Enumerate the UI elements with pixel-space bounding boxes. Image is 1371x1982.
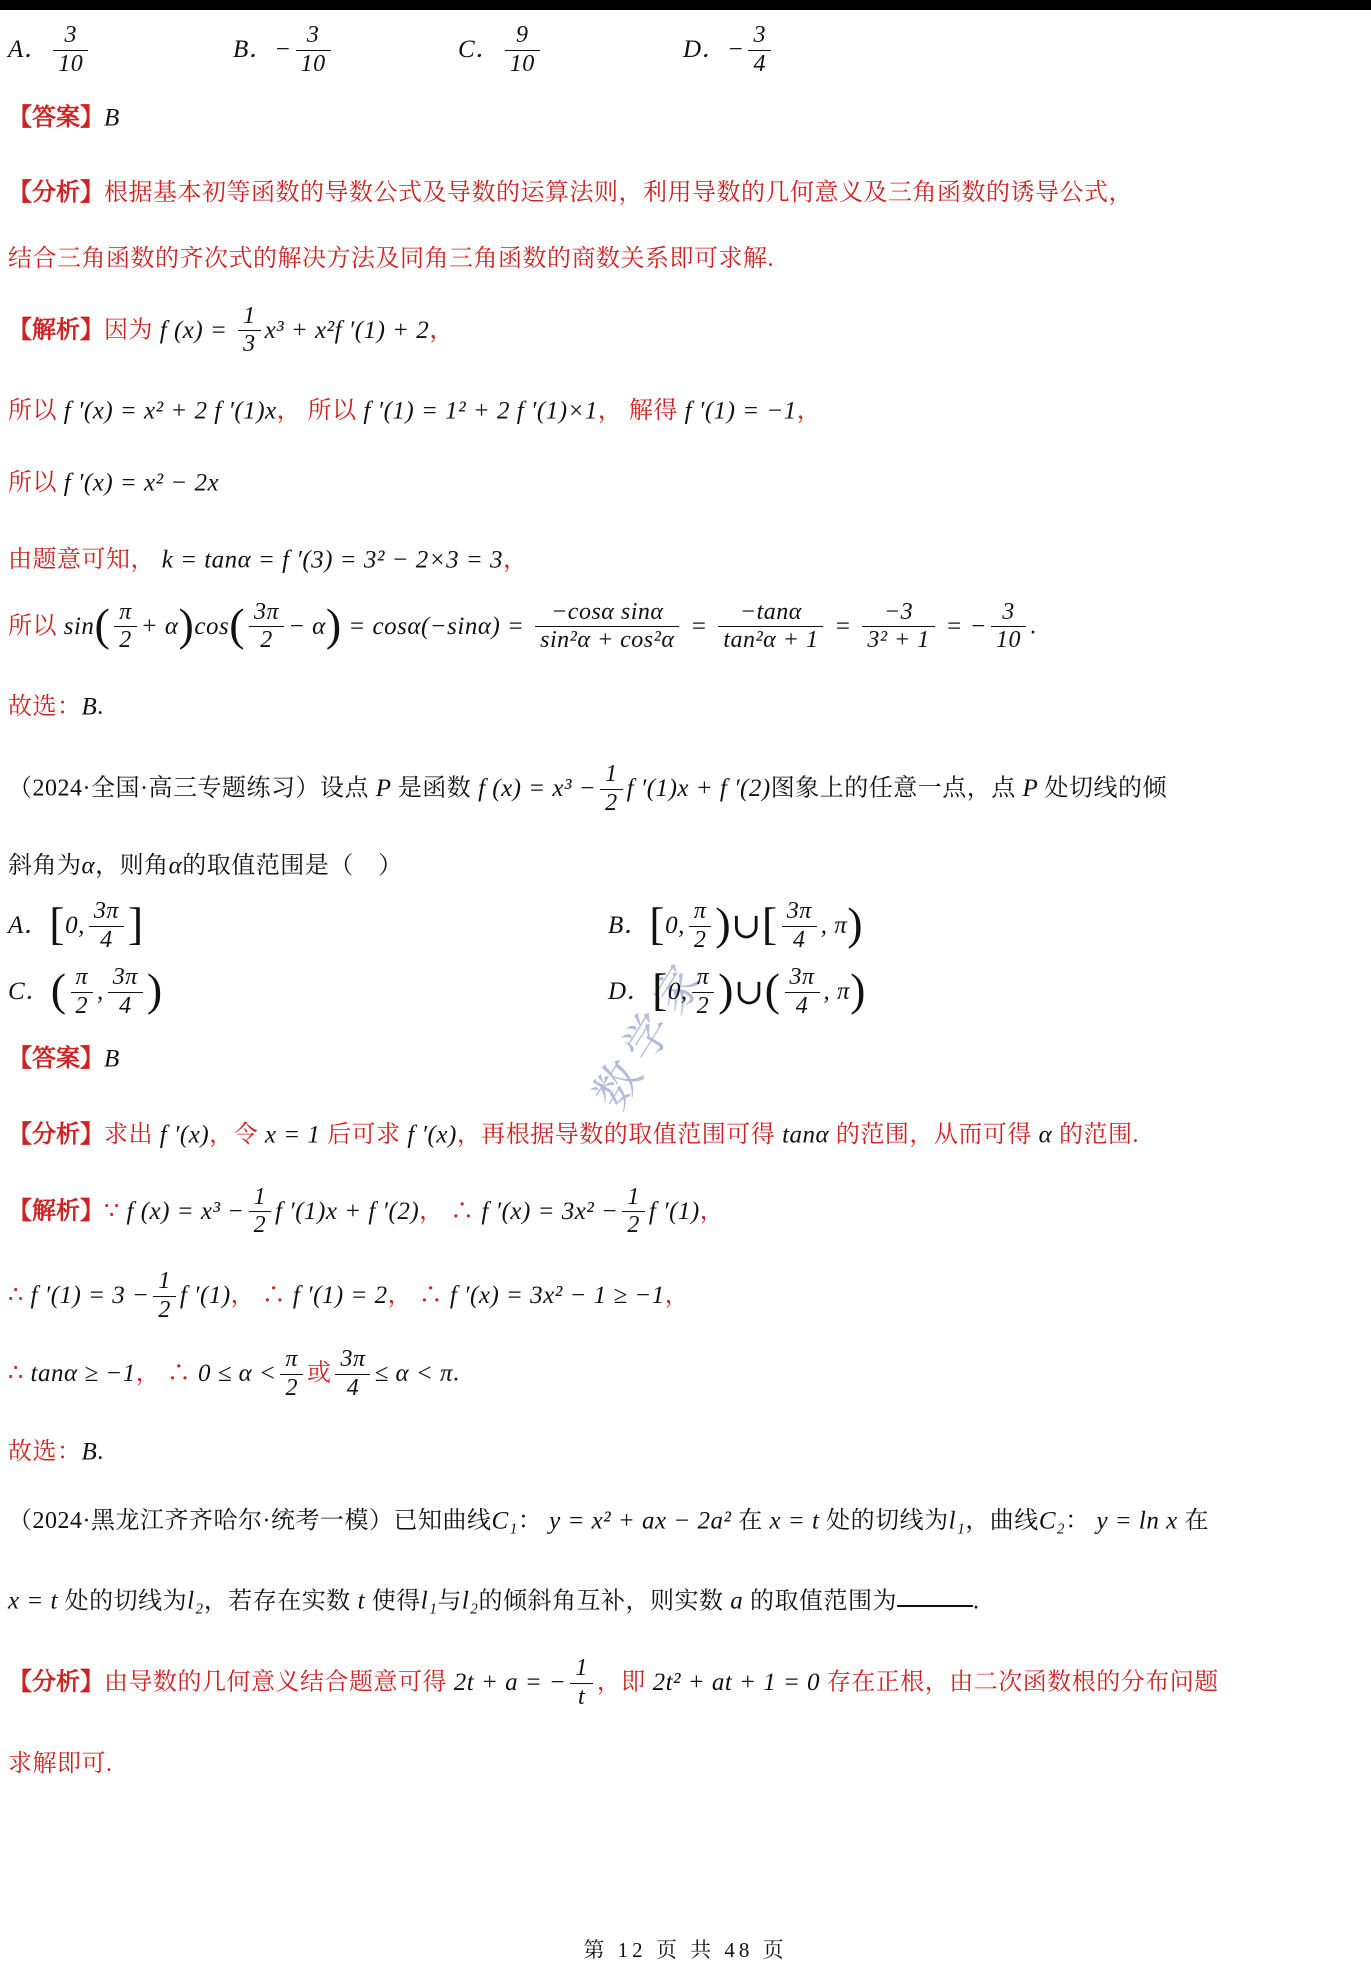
text-run: f (x) = x³ − <box>471 775 596 802</box>
text-run: B <box>82 1439 98 1466</box>
text-run: 所以 <box>8 613 57 639</box>
option-c-2: C．(π2,3π4) <box>8 964 608 1020</box>
text-run: A． <box>8 912 49 939</box>
union-symbol: ∪ <box>731 906 762 946</box>
text-run: 解得 <box>629 398 678 424</box>
text-run: 后可求 <box>327 1122 401 1148</box>
fraction: 3π4 <box>782 898 817 954</box>
text-run: α <box>82 852 96 879</box>
fraction-denominator: 2 <box>71 992 94 1021</box>
answer-1: 【答案】B <box>8 100 1371 137</box>
fraction-denominator: 3 <box>238 330 261 359</box>
text-run: B． <box>233 36 274 63</box>
option-d-2: D．[0,π2)∪(3π4, π) <box>608 964 1228 1020</box>
text-run: B． <box>608 912 649 939</box>
big-bracket: ) <box>715 898 731 949</box>
fraction-numerator: 3π <box>108 964 143 992</box>
text-run: ≤ α < π <box>374 1360 453 1387</box>
fraction: π2 <box>71 964 94 1020</box>
text-run: 存在正根，由二次函数根的分布问题 <box>827 1670 1219 1696</box>
problem-2-line-1: （2024·全国·高三专题练习）设点 P 是函数 f (x) = x³ −12f… <box>8 761 1371 817</box>
fraction: π2 <box>689 898 712 954</box>
fraction-denominator: 4 <box>335 1374 370 1403</box>
text-run: P <box>369 775 398 802</box>
fraction-numerator: 1 <box>622 1184 645 1212</box>
text-run: C₁ <box>491 1507 517 1534</box>
fraction: 3π2 <box>249 599 284 655</box>
text-run: ，即 <box>597 1670 646 1696</box>
text-run: ， ∴ <box>136 1361 192 1387</box>
text-run: 是函数 <box>398 776 472 802</box>
fraction-numerator: 3π <box>335 1346 370 1374</box>
text-run: tanα <box>775 1122 836 1149</box>
fraction: 3π4 <box>108 964 143 1020</box>
solution-2-line-3: ∴ tanα ≥ −1， ∴ 0 ≤ α <π2或3π4≤ α < π. <box>8 1346 1371 1402</box>
text-run: ， ∴ <box>388 1283 444 1309</box>
fraction-numerator: 3 <box>748 22 771 50</box>
text-run: l₁ <box>421 1587 438 1614</box>
fraction-denominator: 2 <box>689 926 712 955</box>
fraction-denominator: 4 <box>89 926 124 955</box>
option-c-1: C．910 <box>458 22 683 78</box>
text-run: D． <box>608 978 652 1005</box>
text-run: ， <box>598 398 629 424</box>
text-run: ∵ <box>104 1198 120 1224</box>
fraction: 12 <box>153 1268 176 1324</box>
big-bracket: ) <box>179 599 195 650</box>
fraction-numerator: 9 <box>505 22 540 50</box>
text-run: f ′(1) <box>180 1282 231 1309</box>
text-run: 的范围. <box>1059 1122 1139 1148</box>
fraction-numerator: −cosα sinα <box>535 599 679 627</box>
text-run: x = 1 <box>258 1122 327 1149</box>
text-run: 由题意可知， <box>8 547 155 573</box>
fraction-numerator: π <box>692 964 715 992</box>
fraction: 910 <box>505 22 540 78</box>
choose-2: 故选：B. <box>8 1434 1371 1471</box>
text-run: l₂ <box>462 1587 479 1614</box>
fraction-denominator: 10 <box>505 50 540 79</box>
text-run: ，则角 <box>95 853 169 879</box>
text-run: ， ∴ <box>419 1198 475 1224</box>
fraction-numerator: π <box>71 964 94 992</box>
text-run: ∴ <box>8 1361 24 1387</box>
text-run: sin <box>57 613 94 640</box>
text-run: ，若存在实数 <box>204 1588 351 1614</box>
option-b-2: B．[0,π2)∪[3π4, π) <box>608 898 1228 954</box>
fraction-denominator: 2 <box>249 626 284 655</box>
analysis-3-line-1: 【分析】由导数的几何意义结合题意可得 2t + a = −1t，即 2t² + … <box>8 1655 1371 1711</box>
answer-2: 【答案】B <box>8 1041 1371 1078</box>
text-run: 所以 <box>308 398 357 424</box>
text-run: x = t <box>763 1507 826 1534</box>
top-black-bar <box>0 0 1371 10</box>
text-run: B <box>104 1045 120 1072</box>
fraction-numerator: 3π <box>782 898 817 926</box>
text-run: 【分析】 <box>8 1122 104 1148</box>
fraction-numerator: 3π <box>249 599 284 627</box>
solution-2-line-2: ∴ f ′(1) = 3 −12f ′(1)， ∴ f ′(1) = 2， ∴ … <box>8 1268 1371 1324</box>
text-run: = cosα(−sinα) = <box>342 613 532 640</box>
big-bracket: ) <box>847 898 863 949</box>
blank-underline <box>897 1580 973 1607</box>
fraction: 13 <box>238 303 261 359</box>
text-run: f ′(x) <box>401 1122 457 1149</box>
fraction: 310 <box>296 22 331 78</box>
text-run: cos <box>194 613 229 640</box>
text-run: C₂ <box>1039 1507 1065 1534</box>
text-run: 结合三角函数的齐次式的解决方法及同角三角函数的商数关系即可求解. <box>8 246 774 272</box>
text-run: 0, <box>65 912 85 939</box>
text-run: . <box>1030 613 1037 639</box>
text-run: y = ln x <box>1090 1507 1185 1534</box>
option-d-1: D．−34 <box>683 22 908 78</box>
fraction-numerator: 1 <box>600 761 623 789</box>
text-run: 处的切线为 <box>826 1508 949 1534</box>
text-run: x³ + x²f ′(1) + 2 <box>265 317 430 344</box>
text-run: α <box>169 852 183 879</box>
text-run: x = t <box>8 1587 65 1614</box>
text-run: 0, <box>665 912 685 939</box>
text-run: B <box>104 105 120 132</box>
solution-1-line-3: 所以 f ′(x) = x² − 2x <box>8 465 1371 502</box>
text-run: 2t + a = − <box>447 1669 566 1696</box>
text-run: α <box>1032 1122 1059 1149</box>
text-run: 【分析】 <box>8 1670 104 1696</box>
big-bracket: ) <box>147 964 163 1015</box>
big-bracket: [ <box>49 898 65 949</box>
big-bracket: ( <box>94 599 110 650</box>
text-run: = <box>827 613 858 640</box>
fraction-denominator: 4 <box>108 992 143 1021</box>
fraction-denominator: 10 <box>991 626 1026 655</box>
text-run: 图象上的任意一点，点 <box>771 776 1016 802</box>
text-run: 所以 <box>8 398 57 424</box>
fraction-denominator: 4 <box>782 926 817 955</box>
fraction: 3π4 <box>89 898 124 954</box>
page-footer: 第 12 页 共 48 页 <box>0 1934 1371 1964</box>
fraction-denominator: 2 <box>280 1374 303 1403</box>
text-run: （2024·全国·高三专题练习）设点 <box>8 776 369 802</box>
analysis-3-line-2: 求解即可. <box>8 1746 1371 1782</box>
text-run: f ′(1) <box>649 1198 700 1225</box>
text-run: 斜角为 <box>8 853 82 879</box>
text-run: 故选： <box>8 694 82 720</box>
analysis-1-line-1: 【分析】根据基本初等函数的导数公式及导数的运算法则，利用导数的几何意义及三角函数… <box>8 175 1371 211</box>
fraction: 3π4 <box>785 964 820 1020</box>
text-run: 处的切线为 <box>65 1588 188 1614</box>
big-bracket: ( <box>765 964 781 1015</box>
text-run: 故选： <box>8 1439 82 1465</box>
text-run: （2024·黑龙江齐齐哈尔·统考一模）已知曲线 <box>8 1508 491 1534</box>
text-run: ， <box>797 398 822 424</box>
fraction-numerator: −tanα <box>718 599 823 627</box>
fraction-denominator: 2 <box>692 992 715 1021</box>
text-run: y = x² + ax − 2a² <box>542 1507 738 1534</box>
text-run: 求解即可. <box>8 1751 113 1777</box>
text-run: − α <box>288 613 326 640</box>
text-run: 因为 <box>104 317 153 343</box>
text-run: 【解析】 <box>8 317 104 343</box>
analysis-1-line-2: 结合三角函数的齐次式的解决方法及同角三角函数的商数关系即可求解. <box>8 241 1371 277</box>
text-run: 的范围，从而可得 <box>836 1122 1032 1148</box>
problem-3-line-1: （2024·黑龙江齐齐哈尔·统考一模）已知曲线C₁： y = x² + ax −… <box>8 1503 1371 1540</box>
text-run: = <box>683 613 714 640</box>
text-run: 处切线的倾 <box>1045 776 1168 802</box>
fraction: π2 <box>114 599 137 655</box>
big-bracket: ( <box>51 964 67 1015</box>
document-body: A．310B．−310C．910D．−34【答案】B【分析】根据基本初等函数的导… <box>0 10 1371 1781</box>
text-run: B <box>82 693 98 720</box>
option-a-2: A．[0,3π4] <box>8 898 608 954</box>
choose-1: 故选：B. <box>8 689 1371 726</box>
problem-3-line-2: x = t 处的切线为l₂，若存在实数 t 使得l₁与l₂的倾斜角互补，则实数 … <box>8 1580 1371 1620</box>
text-run: 所以 <box>8 470 57 496</box>
text-run: f (x) = <box>153 317 234 344</box>
text-run: ， <box>700 1198 725 1224</box>
fraction: 3π4 <box>335 1346 370 1402</box>
text-run: f ′(1) = 3 − <box>24 1282 150 1309</box>
text-run: + α <box>141 613 179 640</box>
fraction-denominator: tan²α + 1 <box>718 626 823 655</box>
option-row-2b: C．(π2,3π4)D．[0,π2)∪(3π4, π) <box>8 964 1371 1020</box>
fraction-denominator: sin²α + cos²α <box>535 626 679 655</box>
text-run: f ′(x) = 3x² − 1 ≥ −1 <box>443 1282 665 1309</box>
text-run: − <box>727 36 744 63</box>
option-row-1: A．310B．−310C．910D．−34 <box>8 22 1371 78</box>
text-run: l₂ <box>187 1587 204 1614</box>
fraction: 34 <box>748 22 771 78</box>
text-run: f ′(x) <box>153 1122 209 1149</box>
fraction-numerator: 1 <box>238 303 261 331</box>
text-run: 的取值范围为 <box>750 1588 897 1614</box>
option-b-1: B．−310 <box>233 22 458 78</box>
solution-1-line-5: 所以 sin(π2+ α)cos(3π2− α) = cosα(−sinα) =… <box>8 599 1371 655</box>
fraction-numerator: π <box>114 599 137 627</box>
fraction-denominator: 2 <box>153 1296 176 1325</box>
text-run: t <box>351 1587 372 1614</box>
text-run: ： <box>518 1508 543 1534</box>
option-a-1: A．310 <box>8 22 233 78</box>
fraction-denominator: 2 <box>249 1211 272 1240</box>
text-run: 由导数的几何意义结合题意可得 <box>104 1670 447 1696</box>
solution-1-line-2: 所以 f ′(x) = x² + 2 f ′(1)x， 所以 f ′(1) = … <box>8 393 1371 430</box>
text-run: tanα ≥ −1 <box>24 1360 136 1387</box>
text-run: ， <box>429 317 454 343</box>
fraction-denominator: 10 <box>53 50 88 79</box>
fraction: 310 <box>53 22 88 78</box>
text-run: f ′(1) = 2 <box>286 1282 387 1309</box>
text-run: 0, <box>668 978 688 1005</box>
text-run: 2t² + at + 1 = 0 <box>646 1669 827 1696</box>
text-run: 【解析】 <box>8 1198 104 1224</box>
text-run: 求出 <box>104 1122 153 1148</box>
text-run: , π <box>824 978 851 1005</box>
option-row-2a: A．[0,3π4]B．[0,π2)∪[3π4, π) <box>8 898 1371 954</box>
text-run: A． <box>8 36 49 63</box>
text-run: ， ∴ <box>231 1283 287 1309</box>
big-bracket: ) <box>326 599 342 650</box>
text-run: 或 <box>307 1361 332 1387</box>
analysis-2: 【分析】求出 f ′(x)，令 x = 1 后可求 f ′(x)，再根据导数的取… <box>8 1117 1371 1154</box>
text-run: 根据基本初等函数的导数公式及导数的运算法则，利用导数的几何意义及三角函数的诱导公… <box>104 180 1133 206</box>
text-run: ， <box>503 547 528 573</box>
text-run: = − <box>939 613 987 640</box>
fraction-denominator: 4 <box>748 50 771 79</box>
fraction-numerator: −3 <box>862 599 934 627</box>
fraction-denominator: 2 <box>622 1211 645 1240</box>
text-run: f ′(1)x + f ′(2) <box>627 775 771 802</box>
text-run: 在 <box>1184 1508 1209 1534</box>
fraction: π2 <box>692 964 715 1020</box>
fraction-numerator: 3 <box>991 599 1026 627</box>
text-run: ，令 <box>209 1122 258 1148</box>
union-symbol: ∪ <box>734 972 765 1012</box>
fraction-numerator: 1 <box>153 1268 176 1296</box>
text-run: C． <box>458 36 501 63</box>
fraction-denominator: 10 <box>296 50 331 79</box>
fraction: 12 <box>249 1184 272 1240</box>
text-run: l₁ <box>949 1507 966 1534</box>
big-bracket: [ <box>649 898 665 949</box>
text-run: ， <box>665 1283 690 1309</box>
big-bracket: ) <box>718 964 734 1015</box>
text-run: k = tanα = f ′(3) = 3² − 2×3 = 3 <box>155 546 503 573</box>
text-run: f ′(x) = x² − 2x <box>57 470 219 497</box>
text-run: 的取值范围是（ ） <box>182 853 403 879</box>
big-bracket: ( <box>229 599 245 650</box>
fraction-numerator: 3π <box>89 898 124 926</box>
text-run: 使得 <box>372 1588 421 1614</box>
fraction-numerator: 1 <box>249 1184 272 1212</box>
big-bracket: [ <box>762 898 778 949</box>
fraction-numerator: π <box>280 1346 303 1374</box>
fraction-numerator: π <box>689 898 712 926</box>
fraction: −33² + 1 <box>862 599 934 655</box>
fraction-denominator: 2 <box>114 626 137 655</box>
text-run: . <box>97 1439 104 1465</box>
fraction-numerator: 3 <box>296 22 331 50</box>
text-run: f (x) = x³ − <box>120 1198 245 1225</box>
text-run: . <box>973 1588 980 1614</box>
fraction: 1t <box>570 1655 593 1711</box>
fraction: 12 <box>600 761 623 817</box>
text-run: ∴ <box>8 1283 24 1309</box>
text-run: f ′(x) = 3x² − <box>475 1198 619 1225</box>
text-run: . <box>453 1361 460 1387</box>
text-run: f ′(1)x + f ′(2) <box>275 1198 419 1225</box>
text-run: 在 <box>738 1508 763 1534</box>
fraction: 310 <box>991 599 1026 655</box>
solution-2-line-1: 【解析】∵ f (x) = x³ −12f ′(1)x + f ′(2)， ∴ … <box>8 1184 1371 1240</box>
solution-1-line-1: 【解析】因为 f (x) = 13x³ + x²f ′(1) + 2， <box>8 303 1371 359</box>
text-run: 的倾斜角互补，则实数 <box>479 1588 724 1614</box>
document-page: 数学家 A．310B．−310C．910D．−34【答案】B【分析】根据基本初等… <box>0 0 1371 1982</box>
text-run: f ′(x) = x² + 2 f ′(1)x <box>57 397 277 424</box>
fraction-denominator: 2 <box>600 789 623 818</box>
fraction: −cosα sinαsin²α + cos²α <box>535 599 679 655</box>
text-run: 0 ≤ α < <box>191 1360 276 1387</box>
text-run: f ′(1) = −1 <box>678 397 797 424</box>
fraction-denominator: 4 <box>785 992 820 1021</box>
big-bracket: ) <box>850 964 866 1015</box>
fraction-numerator: 3π <box>785 964 820 992</box>
fraction-denominator: 3² + 1 <box>862 626 934 655</box>
fraction-numerator: 1 <box>570 1655 593 1683</box>
text-run: 与 <box>437 1588 462 1614</box>
text-run: ： <box>1065 1508 1090 1534</box>
fraction: π2 <box>280 1346 303 1402</box>
text-run: ，再根据导数的取值范围可得 <box>457 1122 776 1148</box>
text-run: − <box>274 36 291 63</box>
text-run: 【答案】 <box>8 1046 104 1072</box>
fraction-numerator: 3 <box>53 22 88 50</box>
text-run: ， <box>277 398 308 424</box>
text-run: , π <box>821 912 848 939</box>
fraction: −tanαtan²α + 1 <box>718 599 823 655</box>
text-run: D． <box>683 36 727 63</box>
text-run: . <box>97 694 104 720</box>
solution-1-line-4: 由题意可知， k = tanα = f ′(3) = 3² − 2×3 = 3， <box>8 542 1371 579</box>
text-run: , <box>97 978 104 1005</box>
big-bracket: [ <box>652 964 668 1015</box>
text-run: C． <box>8 978 51 1005</box>
text-run: 【分析】 <box>8 180 104 206</box>
fraction: 12 <box>622 1184 645 1240</box>
text-run: P <box>1016 775 1045 802</box>
fraction-denominator: t <box>570 1683 593 1712</box>
problem-2-line-2: 斜角为α，则角α的取值范围是（ ） <box>8 848 1371 885</box>
big-bracket: ] <box>128 898 144 949</box>
text-run: ，曲线 <box>965 1508 1039 1534</box>
text-run: f ′(1) = 1² + 2 f ′(1)×1 <box>357 397 598 424</box>
text-run: a <box>724 1587 751 1614</box>
text-run: 【答案】 <box>8 105 104 131</box>
